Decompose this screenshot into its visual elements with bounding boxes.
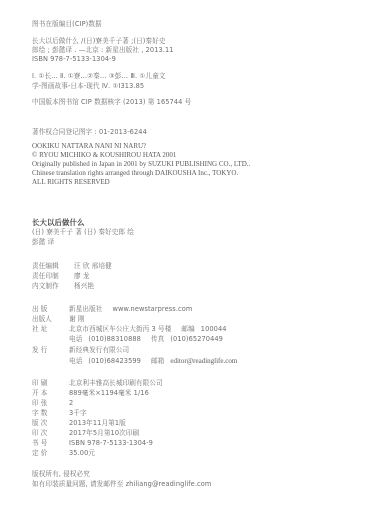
copyright-registration: 著作权合同登记图字 : 01-2013-6244 <box>32 128 147 137</box>
email-value: editor@readinglife.com <box>170 357 237 365</box>
address-value: 北京市西城区车公庄大街丙 3 号楼 <box>69 325 171 333</box>
rights-notice: 版权所有, 侵权必究 <box>32 470 90 479</box>
publisher-row: 出 版新星出版社www.newstarpress.com <box>32 305 192 314</box>
spec-value: 北京利丰雅高长城印刷有限公司 <box>69 379 163 387</box>
cip-record-number: 中国版本图书馆 CIP 数据核字 (2013) 第 165744 号 <box>32 98 191 107</box>
spec-label: 书 号 <box>32 439 69 448</box>
dist-phone-value: (010)68423599 <box>88 357 141 365</box>
spec-label: 开 本 <box>32 389 69 398</box>
spec-value: 3千字 <box>69 409 87 417</box>
cip-line-4: Ⅰ. ①长… Ⅱ. ①寮…②秦… ③彭… Ⅲ. ①儿童文 <box>32 72 166 81</box>
spec-value: 2 <box>69 399 73 407</box>
spec-row: 开 本889毫米×1194毫米 1/16 <box>32 389 149 398</box>
spec-row: 定 价35.00元 <box>32 449 95 458</box>
quality-notice: 如有印装质量问题, 请发邮件至 zhiliang@readinglife.com <box>32 480 211 489</box>
spec-label: 印 刷 <box>32 379 69 388</box>
cip-heading: 图书在版编目(CIP)数据 <box>32 20 102 29</box>
credit-label: 责任印制 <box>32 272 74 281</box>
spec-row: 字 数3千字 <box>32 409 87 418</box>
cip-line-2: 郎绘 ; 彭懿译 . —北京 : 新星出版社 , 2013.11 <box>32 46 174 55</box>
translation-rights: Chinese translation rights arranged thro… <box>32 169 238 178</box>
spec-label: 字 数 <box>32 409 69 418</box>
fax-value: (010)65270449 <box>170 335 223 343</box>
book-translator: 彭懿 译 <box>32 238 54 247</box>
book-authors: (日) 寮美千子 著 (日) 秦好史郎 绘 <box>32 228 134 237</box>
spec-value: ISBN 978-7-5133-1304-9 <box>69 439 153 447</box>
credit-label: 内文制作 <box>32 282 74 291</box>
spec-label: 版 次 <box>32 419 69 428</box>
publisher-person-row: 出版人谢 刚 <box>32 315 85 324</box>
spec-row: 印 次2017年5月第10次印刷 <box>32 429 139 438</box>
book-title: 长大以后做什么 <box>32 218 84 227</box>
spec-value: 2017年5月第10次印刷 <box>69 429 139 437</box>
publisher-website: www.newstarpress.com <box>112 305 192 313</box>
publisher-label: 出 版 <box>32 305 69 314</box>
credit-value: 汪 欣 邢培健 <box>74 262 112 270</box>
spec-row: 印 刷北京利丰雅高长城印刷有限公司 <box>32 379 163 388</box>
cip-line-1: 长大以后做什么 /(日)寮美千子著 ;(日)秦好史 <box>32 37 166 46</box>
spec-value: 2013年11月第1版 <box>69 419 126 427</box>
rights-reserved: ALL RIGHTS RESERVED <box>32 178 110 187</box>
postcode-label: 邮编 <box>181 325 194 333</box>
publisher-person-name: 谢 刚 <box>69 315 85 323</box>
distribution-contact-row: 电话(010)68423599邮箱editor@readinglife.com <box>32 357 237 366</box>
spec-row: 书 号ISBN 978-7-5133-1304-9 <box>32 439 153 448</box>
phone-label: 电话 <box>69 335 82 343</box>
spec-value: 35.00元 <box>69 449 95 457</box>
phone-value: (010)88310888 <box>88 335 141 343</box>
credit-row: 责任编辑汪 欣 邢培健 <box>32 262 112 271</box>
distribution-row: 发 行新经典发行有限公司 <box>32 346 129 355</box>
spec-label: 印 张 <box>32 399 69 408</box>
credit-row: 内文制作杨兴艳 <box>32 282 94 291</box>
credit-value: 廖 龙 <box>74 272 90 280</box>
originally-published: Originally published in Japan in 2001 by… <box>32 160 250 169</box>
fax-label: 传真 <box>151 335 164 343</box>
credit-row: 责任印制廖 龙 <box>32 272 90 281</box>
spec-row: 版 次2013年11月第1版 <box>32 419 126 428</box>
address-row: 社 址北京市西城区车公庄大街丙 3 号楼邮编100044 <box>32 325 227 334</box>
spec-row: 印 张2 <box>32 399 73 408</box>
publisher-name: 新星出版社 <box>69 305 102 313</box>
email-label: 邮箱 <box>151 357 164 365</box>
credit-value: 杨兴艳 <box>74 282 94 290</box>
credit-label: 责任编辑 <box>32 262 74 271</box>
postcode-value: 100044 <box>201 325 227 333</box>
original-title: OOKIKU NATTARA NANI NI NARU? <box>32 142 146 151</box>
spec-value: 889毫米×1194毫米 1/16 <box>69 389 149 397</box>
dist-phone-label: 电话 <box>69 357 82 365</box>
cip-isbn: ISBN 978-7-5133-1304-9 <box>32 55 116 64</box>
spec-label: 定 价 <box>32 449 69 458</box>
distribution-value: 新经典发行有限公司 <box>69 346 129 354</box>
copyright-line: © RYOU MICHIKO & KOUSHIROU HATA 2001 <box>32 151 176 160</box>
phone-row: 电话(010)88310888传真(010)65270449 <box>32 335 223 344</box>
publisher-person-label: 出版人 <box>32 315 69 324</box>
cip-line-5: 学-图画故事-日本-现代 Ⅳ. ①I313.85 <box>32 82 144 91</box>
distribution-label: 发 行 <box>32 346 69 355</box>
spec-label: 印 次 <box>32 429 69 438</box>
address-label: 社 址 <box>32 325 69 334</box>
